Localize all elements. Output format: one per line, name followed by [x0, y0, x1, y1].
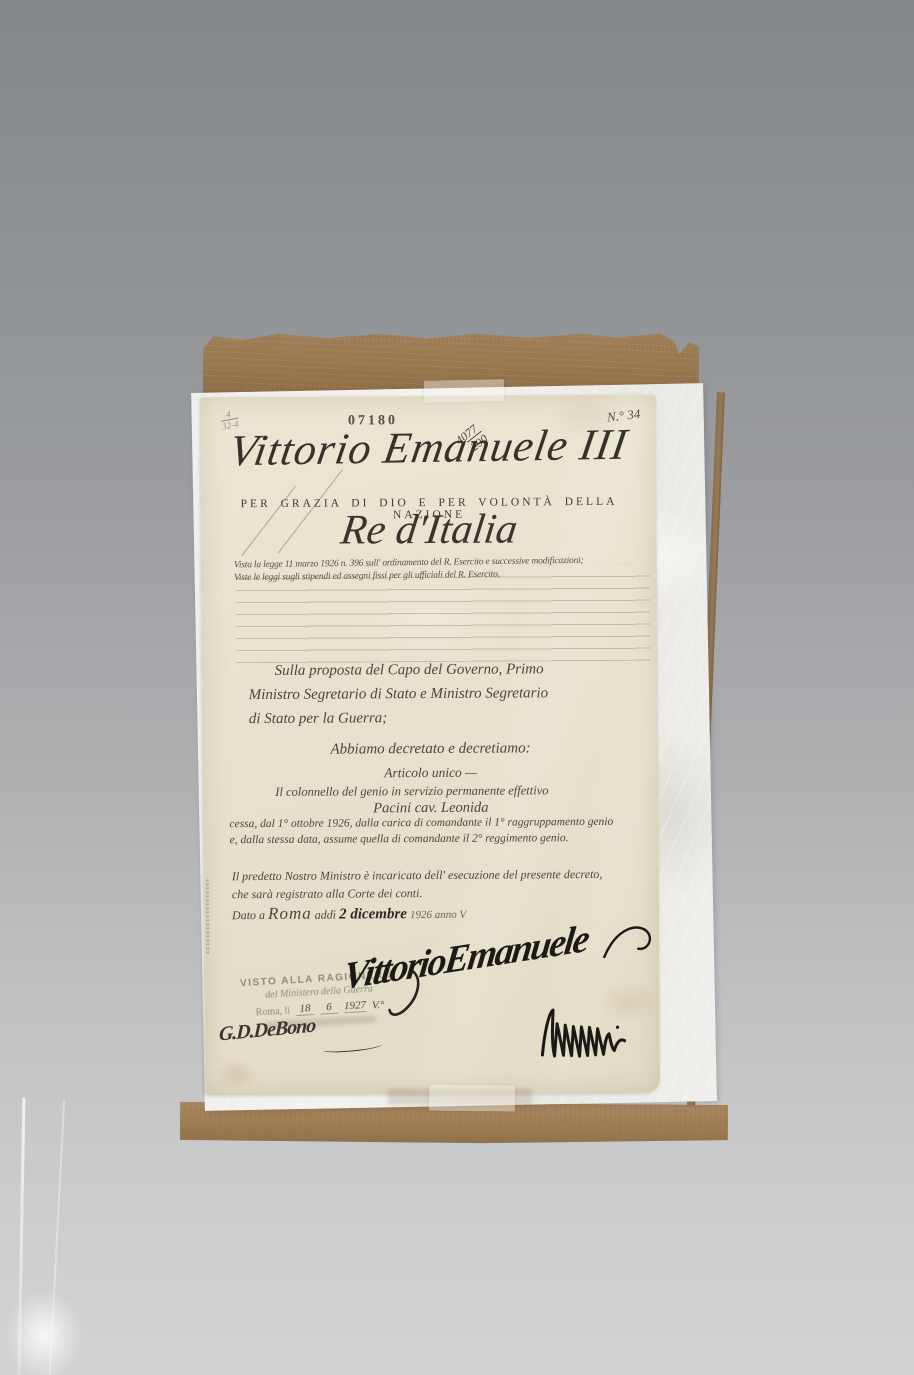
decree-formula: Abbiamo decretato e decretiamo:	[203, 740, 658, 760]
stamp-era: V.°	[372, 999, 385, 1012]
king-signature-swash	[602, 923, 656, 963]
proposal-line: di Stato per la Guerra;	[249, 710, 387, 728]
adhesive-tape-top	[424, 379, 504, 402]
year-and-era: 1926 anno V	[410, 909, 466, 921]
realm-title: Re d'Italia	[198, 505, 659, 556]
printer-imprint	[206, 879, 209, 955]
countersignature-flourish	[323, 1040, 384, 1054]
dateline: Dato a Roma addì 2 dicembre 1926 anno V	[232, 903, 466, 924]
closing-line: che sarà registrato alla Corte dei conti…	[232, 886, 423, 902]
proposal-line: Sulla proposta del Capo del Governo, Pri…	[274, 661, 543, 680]
addi-word: addì	[315, 908, 336, 922]
decree-line: e, dalla stessa data, assume quella di c…	[230, 832, 569, 846]
adhesive-tape-bottom	[429, 1085, 515, 1112]
place-name: Roma	[268, 904, 312, 923]
plastic-sleeve-highlight	[6, 1290, 82, 1375]
stamp-month: 6	[320, 1001, 339, 1015]
royal-decree-document: 4 32-4 07180 4077 290 N.° 34 Vittorio Em…	[201, 395, 660, 1096]
handwritten-date: 2 dicembre	[339, 906, 407, 922]
king-signature: VittorioEmanuele	[341, 916, 590, 999]
article-heading: Articolo unico —	[203, 764, 658, 783]
photo-of-royal-decree: { "colors": { "background_grey_top": "#8…	[0, 0, 914, 1375]
dato-prefix: Dato a	[232, 908, 265, 922]
mussolini-signature	[532, 995, 655, 1068]
decree-line: Il colonnello del genio in servizio perm…	[275, 783, 548, 800]
king-name-title: Vittorio Emanuele III	[197, 418, 661, 477]
proposal-line: Ministro Segretario di Stato e Ministro …	[249, 685, 549, 704]
closing-line: Il predetto Nostro Ministro è incaricato…	[232, 867, 603, 884]
stamp-year: 1927	[344, 999, 367, 1013]
decree-line: cessa, dal 1° ottobre 1926, dalla carica…	[229, 816, 613, 830]
